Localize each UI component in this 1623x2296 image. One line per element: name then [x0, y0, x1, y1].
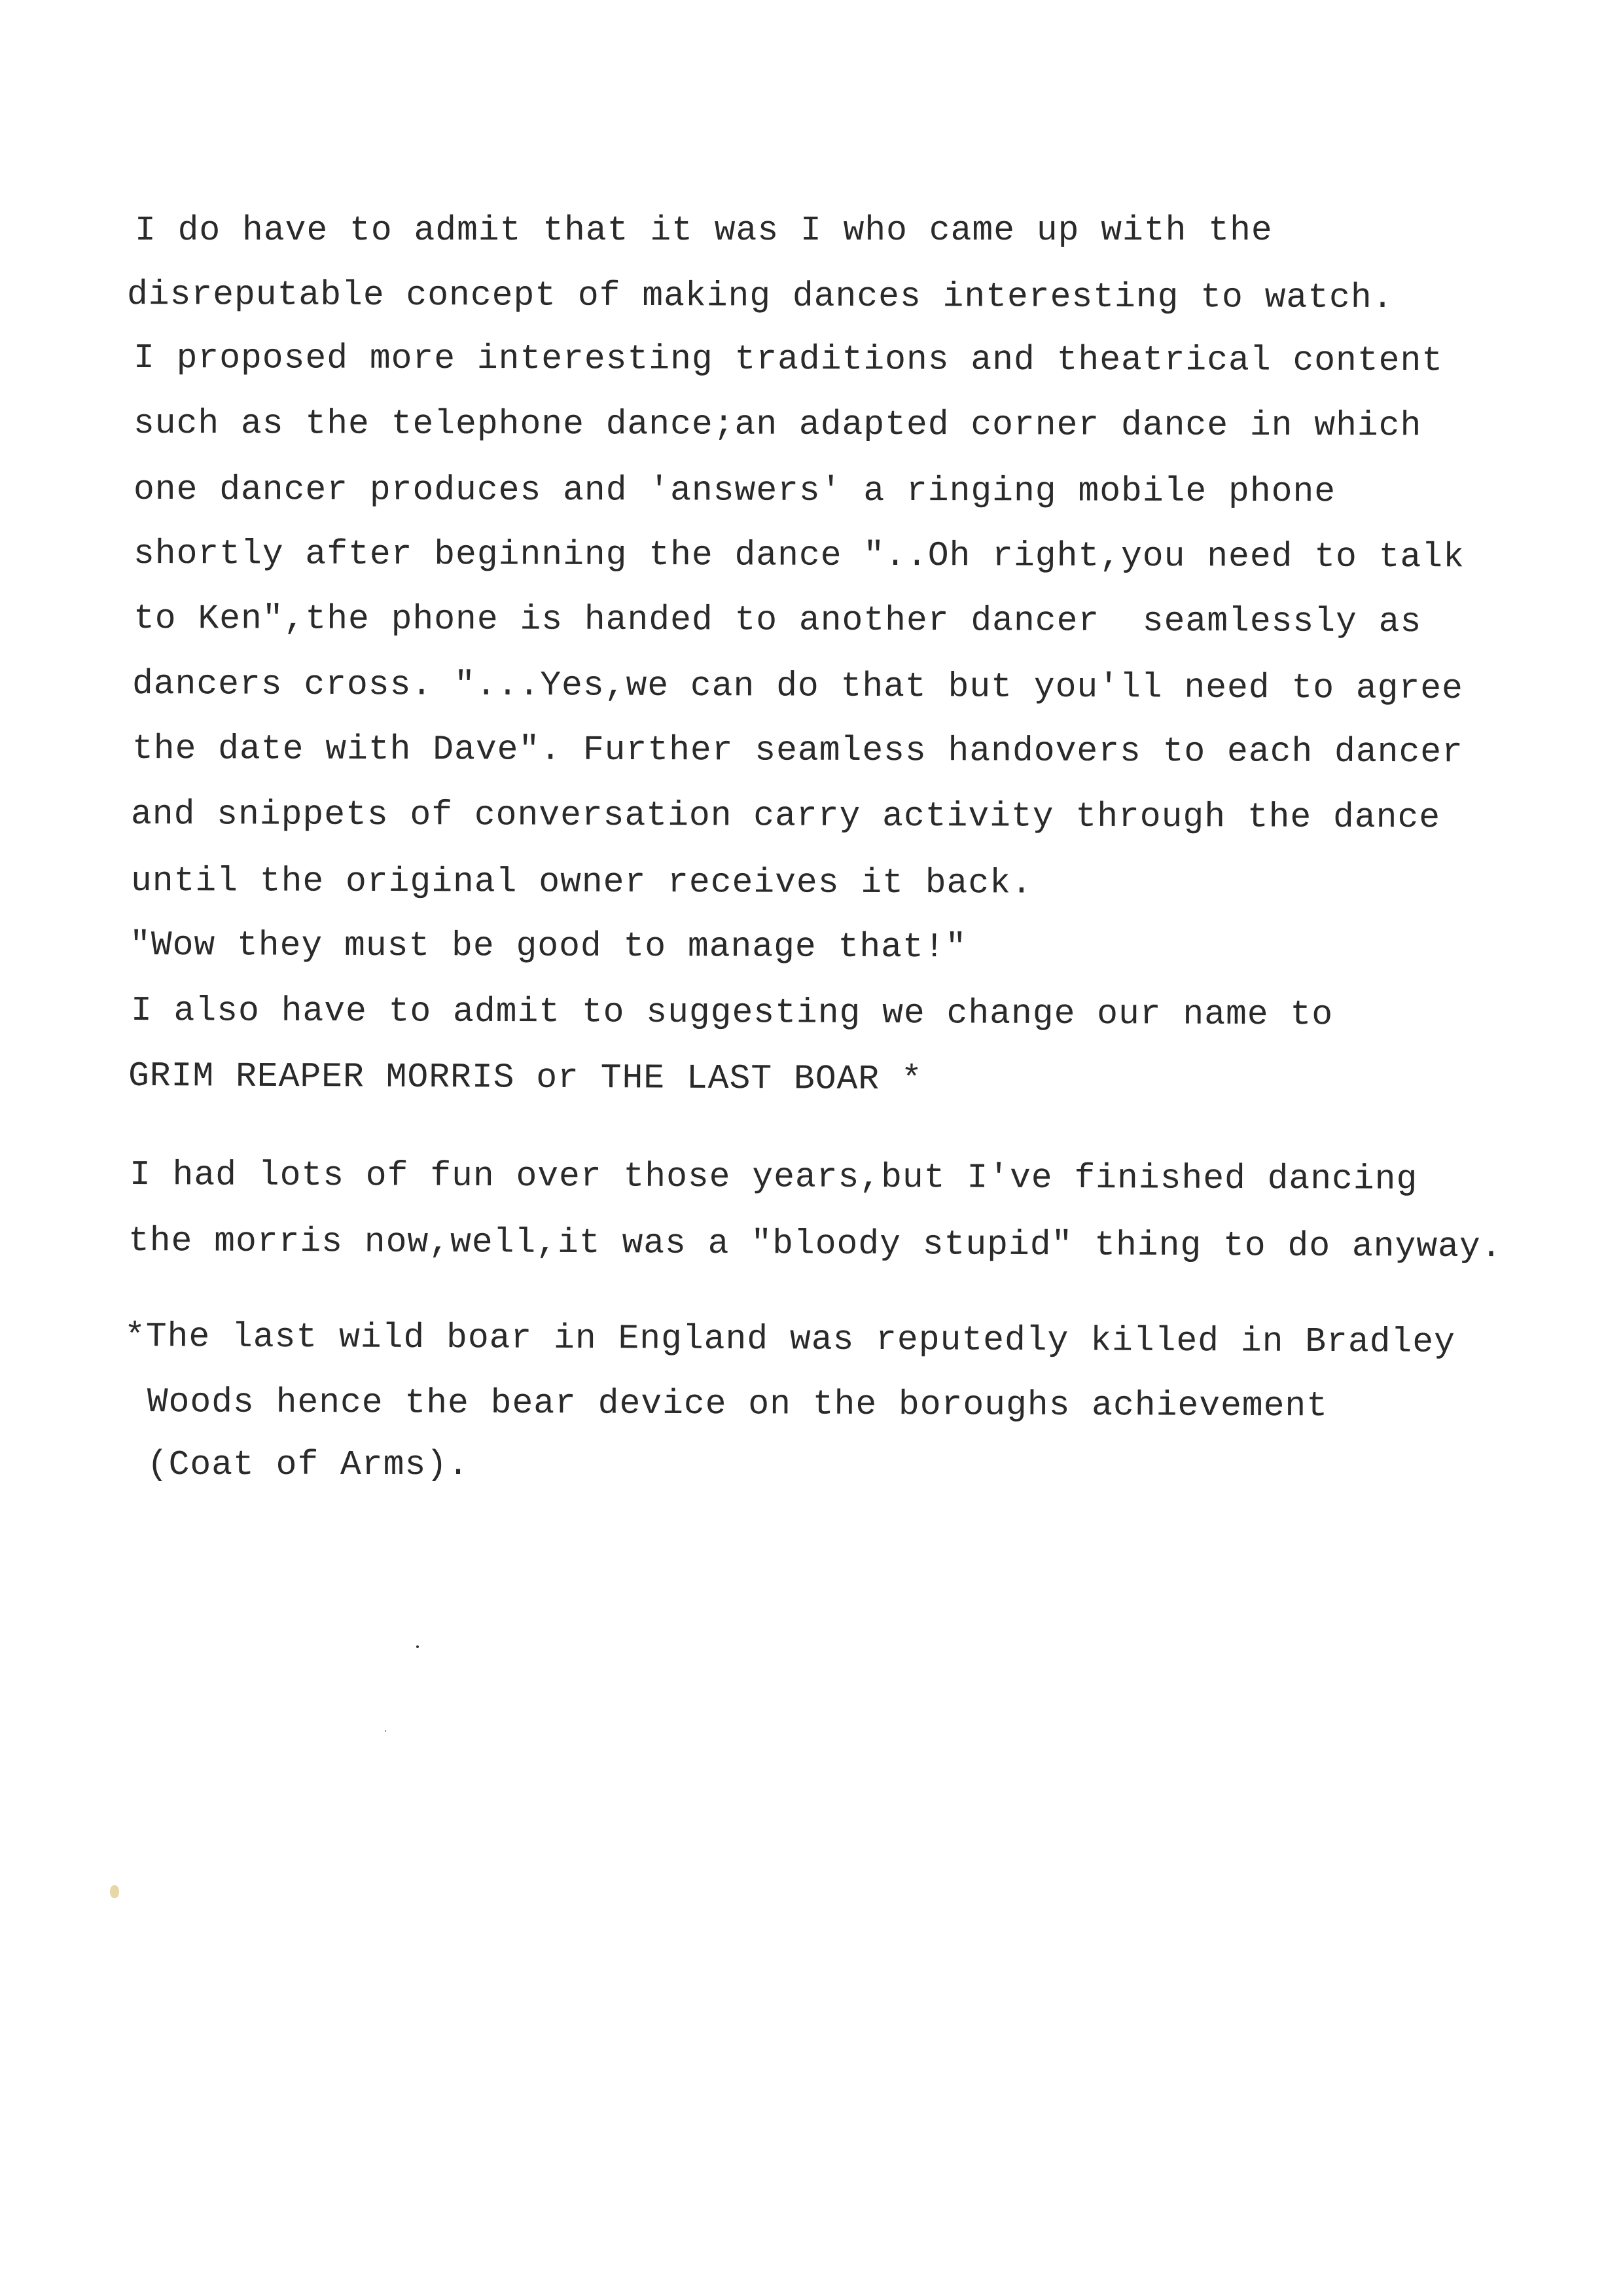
text-line: until the original owner receives it bac…	[131, 861, 1033, 903]
text-line: the date with Dave". Further seamless ha…	[132, 729, 1463, 772]
text-line: I proposed more interesting traditions a…	[134, 338, 1443, 380]
text-line: such as the telephone dance;an adapted c…	[134, 404, 1421, 445]
text-line: disreputable concept of making dances in…	[127, 275, 1394, 317]
text-line: I also have to admit to suggesting we ch…	[131, 991, 1333, 1034]
text-line: "Wow they must be good to manage that!"	[130, 925, 967, 967]
scan-speck	[416, 1645, 419, 1648]
paper-stain	[110, 1885, 119, 1898]
footnote-line: *The last wild boar in England was reput…	[124, 1317, 1455, 1362]
text-line: shortly after beginning the dance "..Oh …	[134, 534, 1465, 577]
text-line: and snippets of conversation carry activ…	[131, 795, 1440, 837]
text-line: I do have to admit that it was I who cam…	[135, 211, 1273, 250]
text-line: to Ken",the phone is handed to another d…	[134, 599, 1421, 641]
footnote-line: (Coat of Arms).	[126, 1445, 469, 1484]
text-line: one dancer produces and 'answers' a ring…	[134, 470, 1336, 511]
footnote-line: Woods hence the bear device on the borou…	[126, 1382, 1328, 1426]
scan-speck	[385, 1730, 386, 1732]
text-line: GRIM REAPER MORRIS or THE LAST BOAR *	[128, 1056, 923, 1099]
text-line: I had lots of fun over those years,but I…	[130, 1155, 1418, 1199]
typewritten-page: I do have to admit that it was I who cam…	[0, 0, 1623, 2296]
text-line: dancers cross. "...Yes,we can do that bu…	[132, 664, 1463, 708]
text-line: the morris now,well,it was a "bloody stu…	[128, 1221, 1503, 1266]
